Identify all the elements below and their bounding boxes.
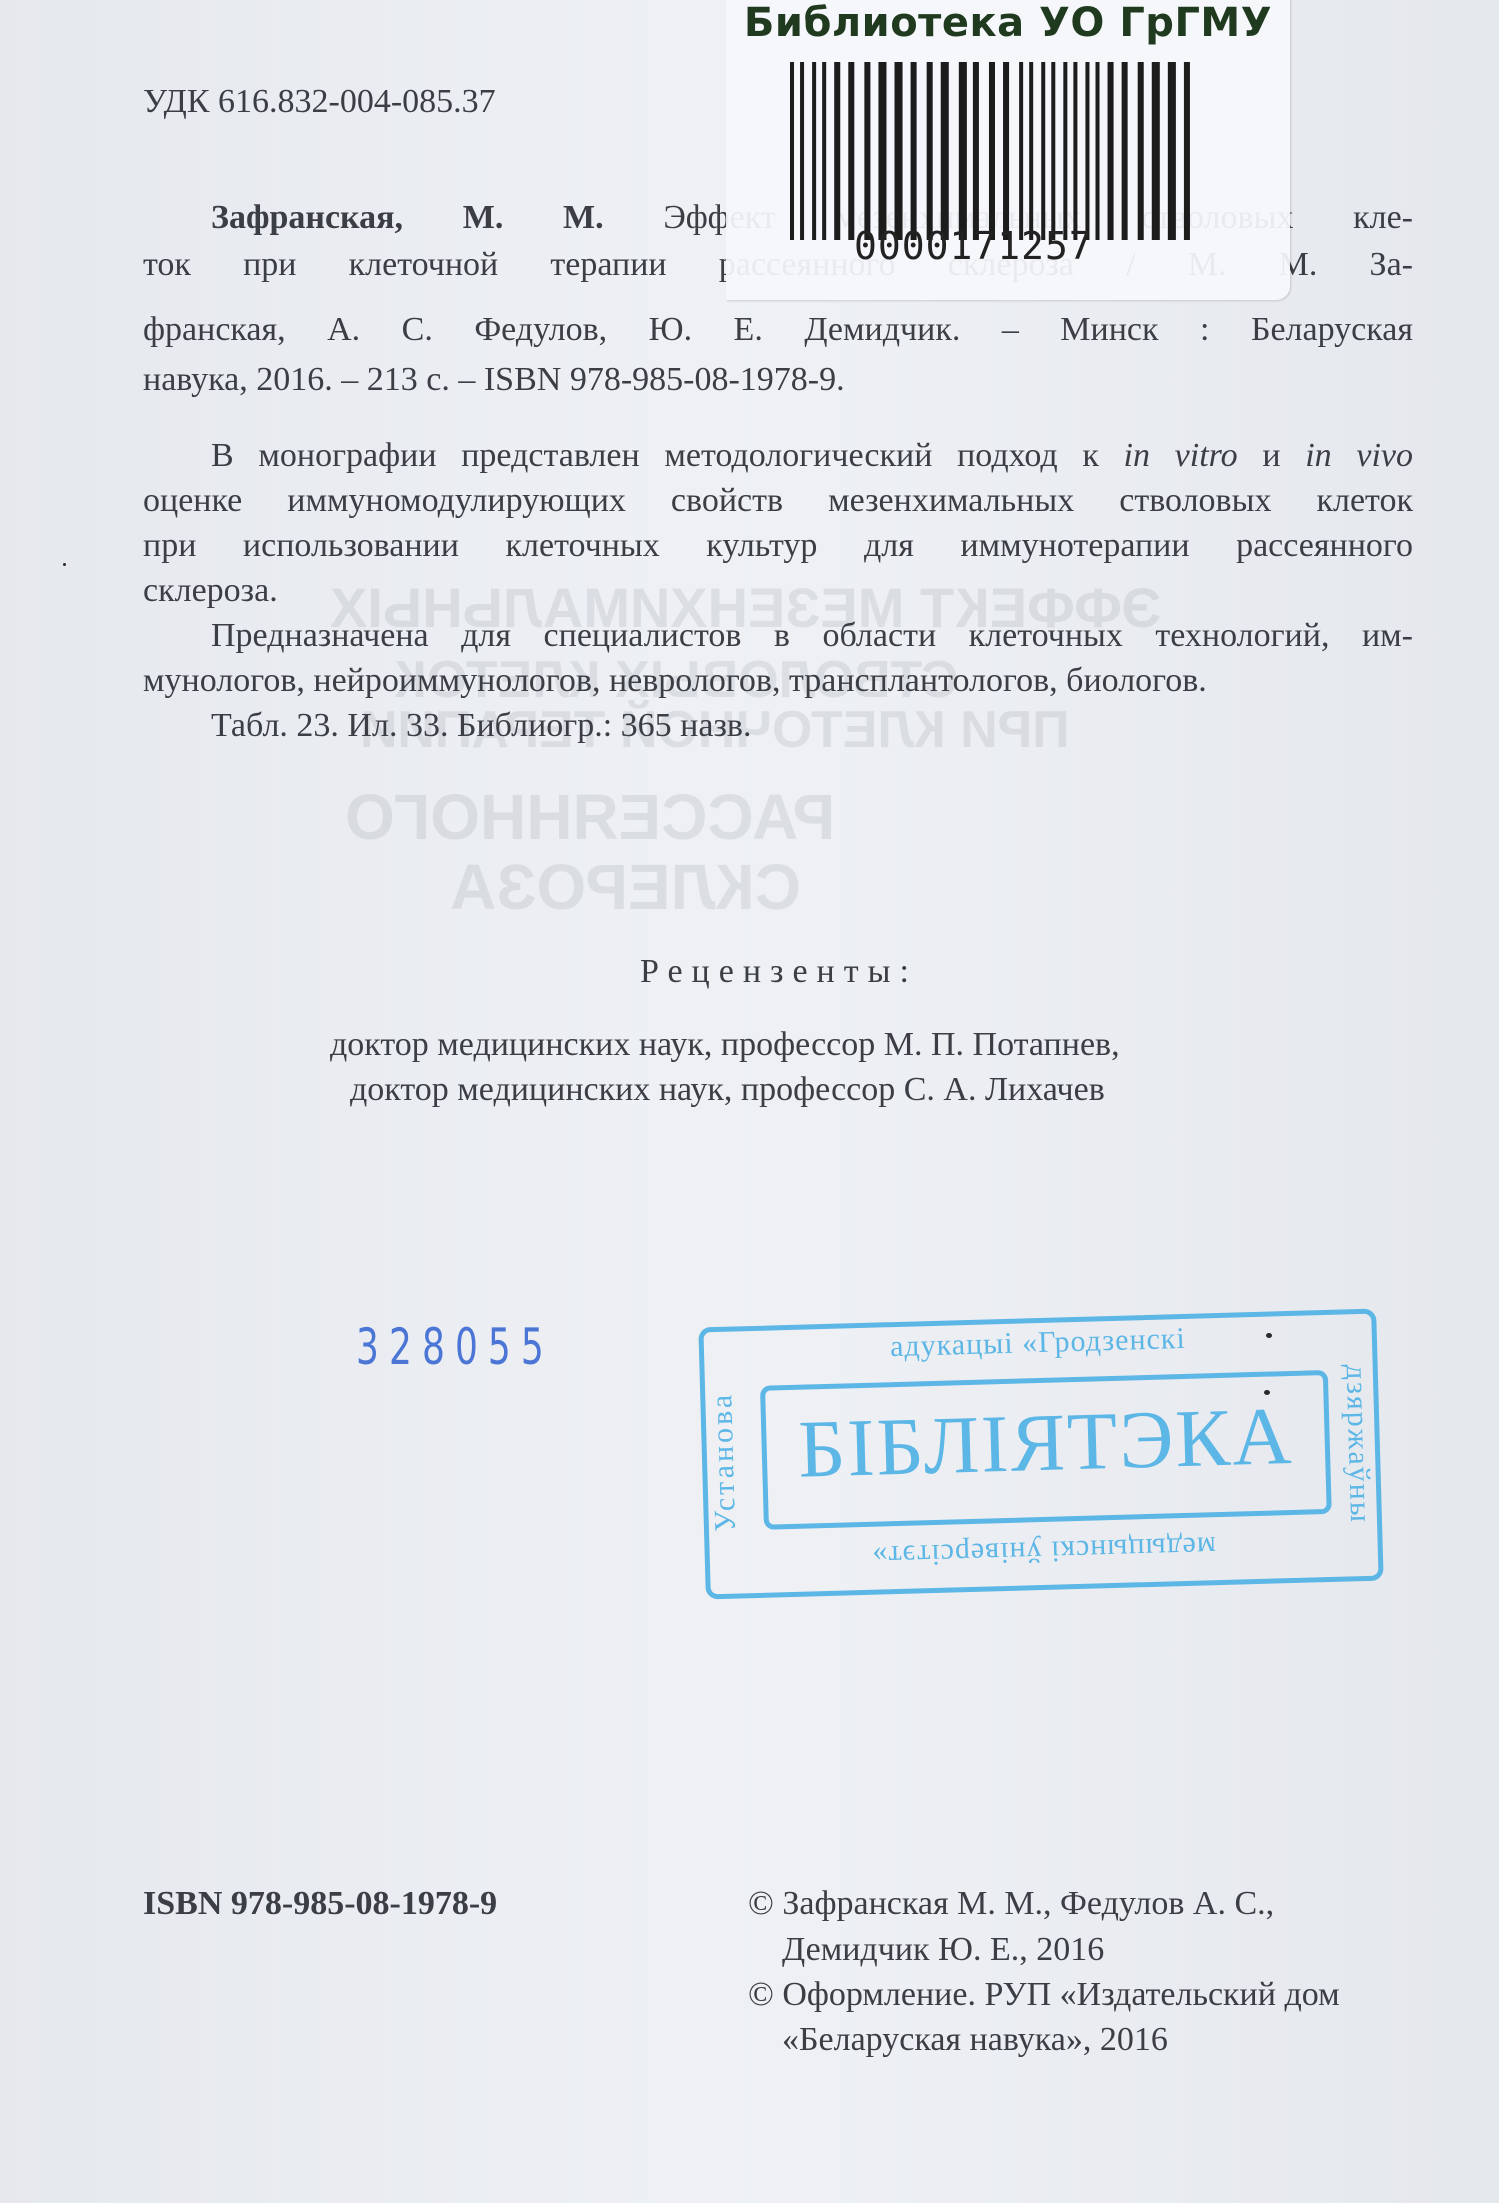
show-through-line: РАССЕЯННОГО bbox=[345, 780, 835, 854]
copyright-line-4: «Беларуская навука», 2016 bbox=[782, 2020, 1168, 2060]
show-through-line: СКЛЕРОЗА bbox=[450, 850, 801, 924]
reviewer-2: доктор медицинских наук, профессор С. А.… bbox=[350, 1070, 1105, 1110]
inventory-number: 328055 bbox=[356, 1318, 554, 1376]
bib-line-3: франская, А. С. Федулов, Ю. Е. Демидчик.… bbox=[143, 310, 1413, 350]
bib-line-4: навука, 2016. – 213 с. – ISBN 978-985-08… bbox=[143, 360, 845, 400]
reviewers-heading: Рецензенты: bbox=[640, 952, 918, 992]
barcode-number: 0000171257 bbox=[854, 224, 1093, 268]
audience-line-1: Предназначена для специалистов в области… bbox=[211, 616, 1413, 656]
ink-speck bbox=[63, 563, 66, 566]
barcode-icon bbox=[790, 62, 1200, 240]
abstract-line-1: В монографии представлен методологически… bbox=[211, 436, 1413, 476]
abstract-line-4: склероза. bbox=[143, 571, 278, 611]
author-name: Зафранская, М. М. bbox=[211, 199, 604, 236]
ink-speck bbox=[1266, 1333, 1272, 1338]
stamp-left-text: Установа bbox=[704, 1341, 745, 1582]
copyright-line-1: © Зафранская М. М., Федулов А. С., bbox=[748, 1884, 1274, 1924]
audience-line-2: мунологов, нейроиммунологов, неврологов,… bbox=[143, 661, 1207, 701]
udk-code: УДК 616.832-004-085.37 bbox=[143, 82, 496, 122]
isbn: ISBN 978-985-08-1978-9 bbox=[143, 1884, 497, 1924]
library-barcode-sticker: Библиотека УО ГрГМУ 0000171257 bbox=[726, 0, 1290, 300]
stamp-right-text: дзяржаўны bbox=[1338, 1324, 1379, 1565]
copyright-line-2: Демидчик Ю. Е., 2016 bbox=[782, 1930, 1104, 1970]
ink-speck bbox=[1264, 1390, 1270, 1395]
reviewer-1: доктор медицинских наук, профессор М. П.… bbox=[330, 1025, 1120, 1065]
library-stamp: адукацыі «Гродзенскі БІБЛІЯТЭКА медыцынс… bbox=[698, 1309, 1383, 1600]
copyright-line-3: © Оформление. РУП «Издательский дом bbox=[748, 1975, 1340, 2015]
stats-line: Табл. 23. Ил. 33. Библиогр.: 365 назв. bbox=[211, 706, 751, 746]
stamp-main-text: БІБЛІЯТЭКА bbox=[760, 1380, 1331, 1506]
abstract-line-2: оценке иммуномодулирующих свойств мезенх… bbox=[143, 481, 1413, 521]
abstract-line-3: при использовании клеточных культур для … bbox=[143, 526, 1413, 566]
sticker-title: Библиотека УО ГрГМУ bbox=[726, 0, 1290, 46]
